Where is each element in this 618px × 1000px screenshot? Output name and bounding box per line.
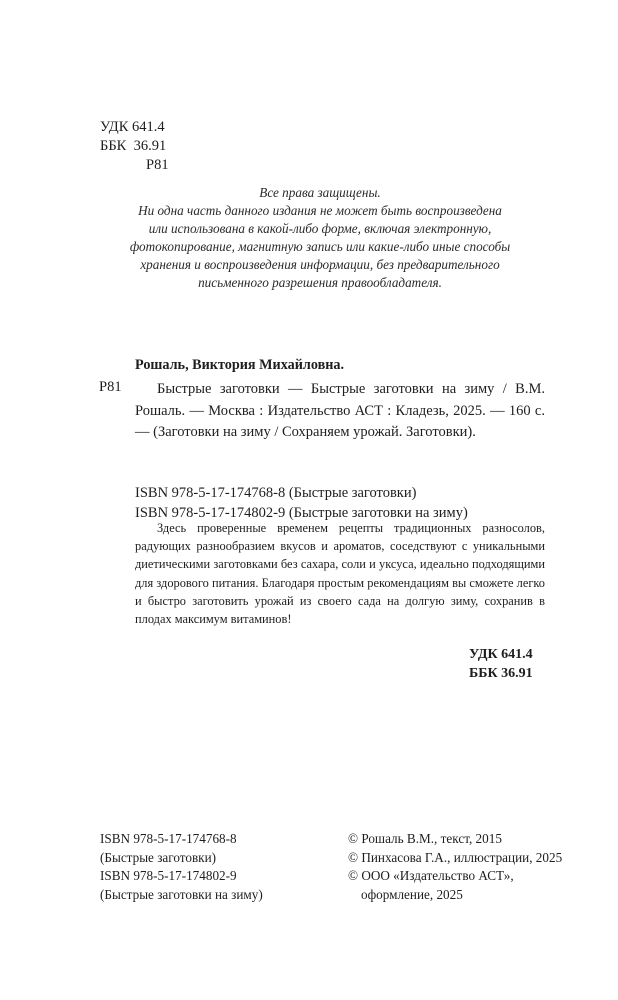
rights-line: или использована в какой-либо форме, вкл… <box>120 220 520 238</box>
annotation: Здесь проверенные временем рецепты тради… <box>135 519 545 628</box>
record-description: Быстрые заготовки — Быстрые заготовки на… <box>135 379 545 444</box>
isbn-footer-line: (Быстрые заготовки) <box>100 849 263 868</box>
record-isbn-list: ISBN 978-5-17-174768-8 (Быстрые заготовк… <box>135 483 468 523</box>
udk-code: УДК 641.4 <box>100 118 169 137</box>
rights-notice: Все права защищены. Ни одна часть данног… <box>120 184 520 292</box>
record-author: Рошаль, Виктория Михайловна. <box>135 357 344 374</box>
record-author-mark: Р81 <box>99 379 122 396</box>
author-mark: Р81 <box>100 156 169 175</box>
annotation-text: Здесь проверенные временем рецепты тради… <box>135 519 545 628</box>
classification-codes-top: УДК 641.4 ББК 36.91 Р81 <box>100 118 169 175</box>
copyright-line: © Пинхасова Г.А., иллюстрации, 2025 <box>348 849 562 868</box>
isbn-footer-line: ISBN 978-5-17-174768-8 <box>100 830 263 849</box>
rights-line: хранения и воспроизведения информации, б… <box>120 256 520 274</box>
bbk-code: ББК 36.91 <box>469 664 533 683</box>
rights-line: фотокопирование, магнитную запись или ка… <box>120 238 520 256</box>
copyright-notice: © Рошаль В.М., текст, 2015 © Пинхасова Г… <box>348 830 562 904</box>
copyright-line: оформление, 2025 <box>348 886 562 905</box>
rights-line: Все права защищены. <box>120 184 520 202</box>
udk-code: УДК 641.4 <box>469 645 533 664</box>
isbn-footer-line: (Быстрые заготовки на зиму) <box>100 886 263 905</box>
rights-line: Ни одна часть данного издания не может б… <box>120 202 520 220</box>
copyright-line: © ООО «Издательство АСТ», <box>348 867 562 886</box>
isbn-footer: ISBN 978-5-17-174768-8 (Быстрые заготовк… <box>100 830 263 904</box>
rights-line: письменного разрешения правообладателя. <box>120 274 520 292</box>
copyright-line: © Рошаль В.М., текст, 2015 <box>348 830 562 849</box>
classification-codes-bottom: УДК 641.4 ББК 36.91 <box>469 645 533 683</box>
isbn-footer-line: ISBN 978-5-17-174802-9 <box>100 867 263 886</box>
isbn-entry: ISBN 978-5-17-174768-8 (Быстрые заготовк… <box>135 483 468 503</box>
bbk-code: ББК 36.91 <box>100 137 169 156</box>
record-description-text: Быстрые заготовки — Быстрые заготовки на… <box>135 379 545 444</box>
